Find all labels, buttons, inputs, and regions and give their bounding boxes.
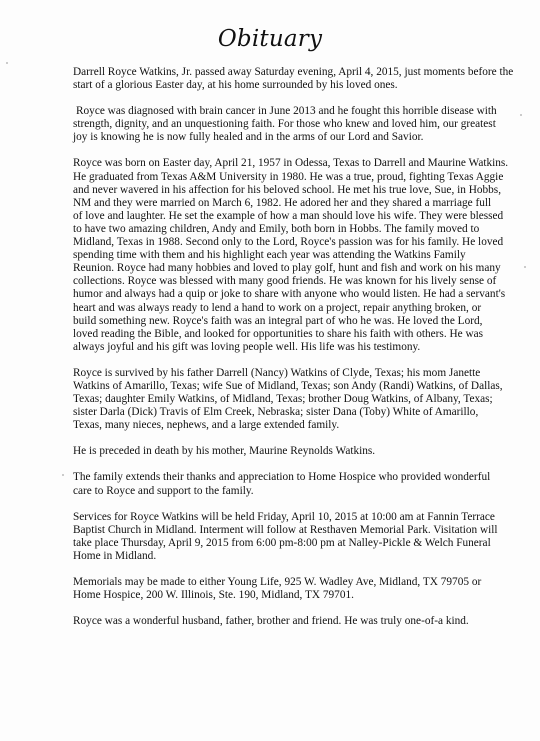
page-title: Obituary: [0, 26, 540, 52]
paragraph-diagnosis: Royce was diagnosed with brain cancer in…: [73, 105, 513, 144]
text-line: Darrell Royce Watkins, Jr. passed away S…: [73, 66, 513, 79]
text-line: care to Royce and support to the family.: [73, 485, 513, 498]
text-line: The family extends their thanks and appr…: [73, 471, 513, 484]
text-line: Royce was a wonderful husband, father, b…: [73, 615, 513, 628]
text-line: start of a glorious Easter day, at his h…: [73, 79, 513, 92]
text-line: humor and always had a quip or joke to s…: [73, 288, 513, 301]
scan-speck: [62, 474, 64, 476]
text-line: Texas; daughter Emily Watkins, of Midlan…: [73, 393, 513, 406]
paragraph-closing: Royce was a wonderful husband, father, b…: [73, 615, 513, 628]
text-line: Watkins of Amarillo, Texas; wife Sue of …: [73, 380, 513, 393]
text-line: Home in Midland.: [73, 550, 513, 563]
text-line: collections. Royce was blessed with many…: [73, 275, 513, 288]
text-line: build something new. Royce's faith was a…: [73, 315, 513, 328]
text-line: loved reading the Bible, and looked for …: [73, 328, 513, 341]
text-line: joy is knowing he is now fully healed an…: [73, 131, 513, 144]
text-line: Services for Royce Watkins will be held …: [73, 511, 513, 524]
obituary-page: Obituary Darrell Royce Watkins, Jr. pass…: [0, 0, 540, 741]
scan-speck: [524, 266, 526, 268]
obituary-body: Darrell Royce Watkins, Jr. passed away S…: [73, 66, 513, 641]
text-line: sister Darla (Dick) Travis of Elm Creek,…: [73, 406, 513, 419]
text-line: Baptist Church in Midland. Interment wil…: [73, 524, 513, 537]
text-line: spending time with them and his highligh…: [73, 249, 513, 262]
text-line: and never wavered in his affection for h…: [73, 184, 513, 197]
text-line: Texas, many nieces, nephews, and a large…: [73, 419, 513, 432]
text-line: Reunion. Royce had many hobbies and love…: [73, 262, 513, 275]
text-line: Home Hospice, 200 W. Illinois, Ste. 190,…: [73, 589, 513, 602]
text-line: always joyful and his gift was loving pe…: [73, 341, 513, 354]
paragraph-memorials: Memorials may be made to either Young Li…: [73, 576, 513, 602]
text-line: He graduated from Texas A&M University i…: [73, 171, 513, 184]
text-line: Memorials may be made to either Young Li…: [73, 576, 513, 589]
paragraph-services: Services for Royce Watkins will be held …: [73, 511, 513, 563]
scan-speck: [520, 114, 522, 116]
paragraph-passing: Darrell Royce Watkins, Jr. passed away S…: [73, 66, 513, 92]
text-line: Royce was diagnosed with brain cancer in…: [76, 105, 513, 118]
paragraph-biography: Royce was born on Easter day, April 21, …: [73, 157, 513, 353]
paragraph-thanks: The family extends their thanks and appr…: [73, 471, 513, 497]
text-line: heart and was always ready to lend a han…: [73, 302, 513, 315]
text-line: NM and they were married on March 6, 198…: [73, 197, 513, 210]
scan-speck: [6, 62, 8, 64]
text-line: to have two amazing children, Andy and E…: [73, 223, 513, 236]
text-line: of love and laughter. He set the example…: [73, 210, 513, 223]
paragraph-survivors: Royce is survived by his father Darrell …: [73, 367, 513, 432]
text-line: strength, dignity, and an unquestioning …: [73, 118, 513, 131]
text-line: Royce was born on Easter day, April 21, …: [73, 157, 513, 170]
text-line: Midland, Texas in 1988. Second only to t…: [73, 236, 513, 249]
text-line: Royce is survived by his father Darrell …: [73, 367, 513, 380]
text-line: take place Thursday, April 9, 2015 from …: [73, 537, 513, 550]
paragraph-preceded: He is preceded in death by his mother, M…: [73, 445, 513, 458]
text-line: He is preceded in death by his mother, M…: [73, 445, 513, 458]
